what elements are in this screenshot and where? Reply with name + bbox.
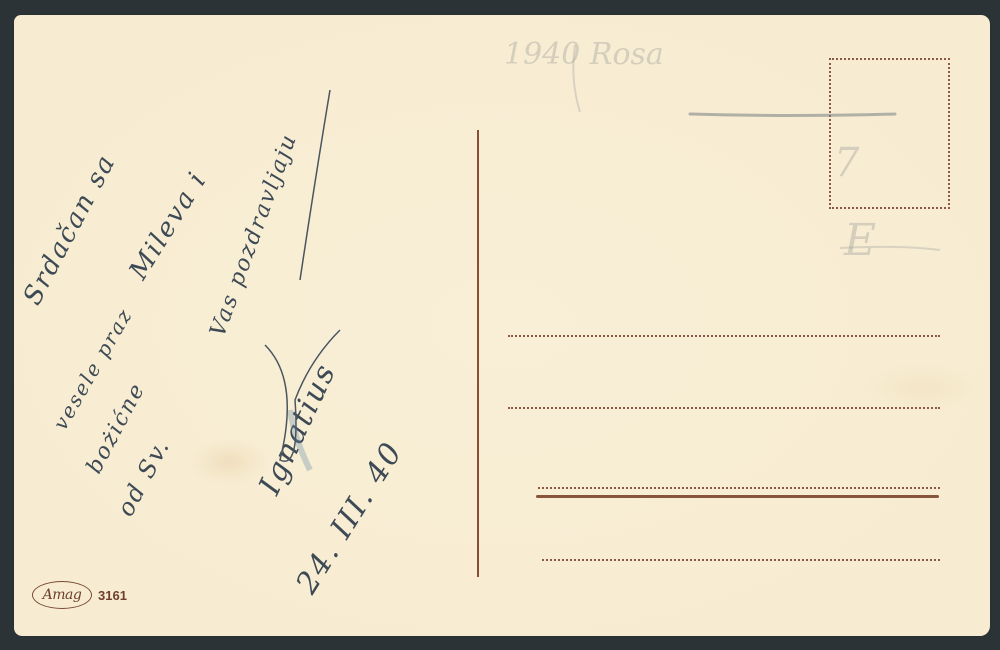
- handwriting-signature: Ignatius: [252, 358, 343, 500]
- address-line-3: [538, 487, 940, 489]
- handwriting-line-2: Mileva i: [124, 166, 214, 285]
- publisher-logo: Amag 3161: [32, 581, 127, 609]
- center-divider-line: [477, 130, 479, 577]
- pencil-note-right: E: [844, 215, 876, 266]
- handwriting-line-6: od Sv.: [111, 433, 175, 521]
- stamp-placeholder-box: [829, 58, 950, 209]
- address-line-1: [508, 335, 940, 337]
- address-line-4: [542, 559, 940, 561]
- handwriting-line-1: Srdačan sa: [18, 149, 123, 310]
- handwriting-line-5: Vas pozdravljaju: [206, 130, 303, 340]
- address-underline-solid: [536, 495, 939, 498]
- handwritten-date: 24. III. 40: [289, 436, 410, 600]
- series-number: 3161: [98, 588, 127, 603]
- pencil-note-stamp: 7: [834, 140, 859, 186]
- scan-background: Amag 3161 Srdačan sa Mileva i vesele pra…: [0, 0, 1000, 650]
- address-line-2: [508, 407, 940, 409]
- postcard-back: Amag 3161 Srdačan sa Mileva i vesele pra…: [14, 15, 990, 636]
- pencil-note-top: 1940 Rosa: [504, 37, 664, 72]
- publisher-logo-oval: Amag: [32, 581, 92, 609]
